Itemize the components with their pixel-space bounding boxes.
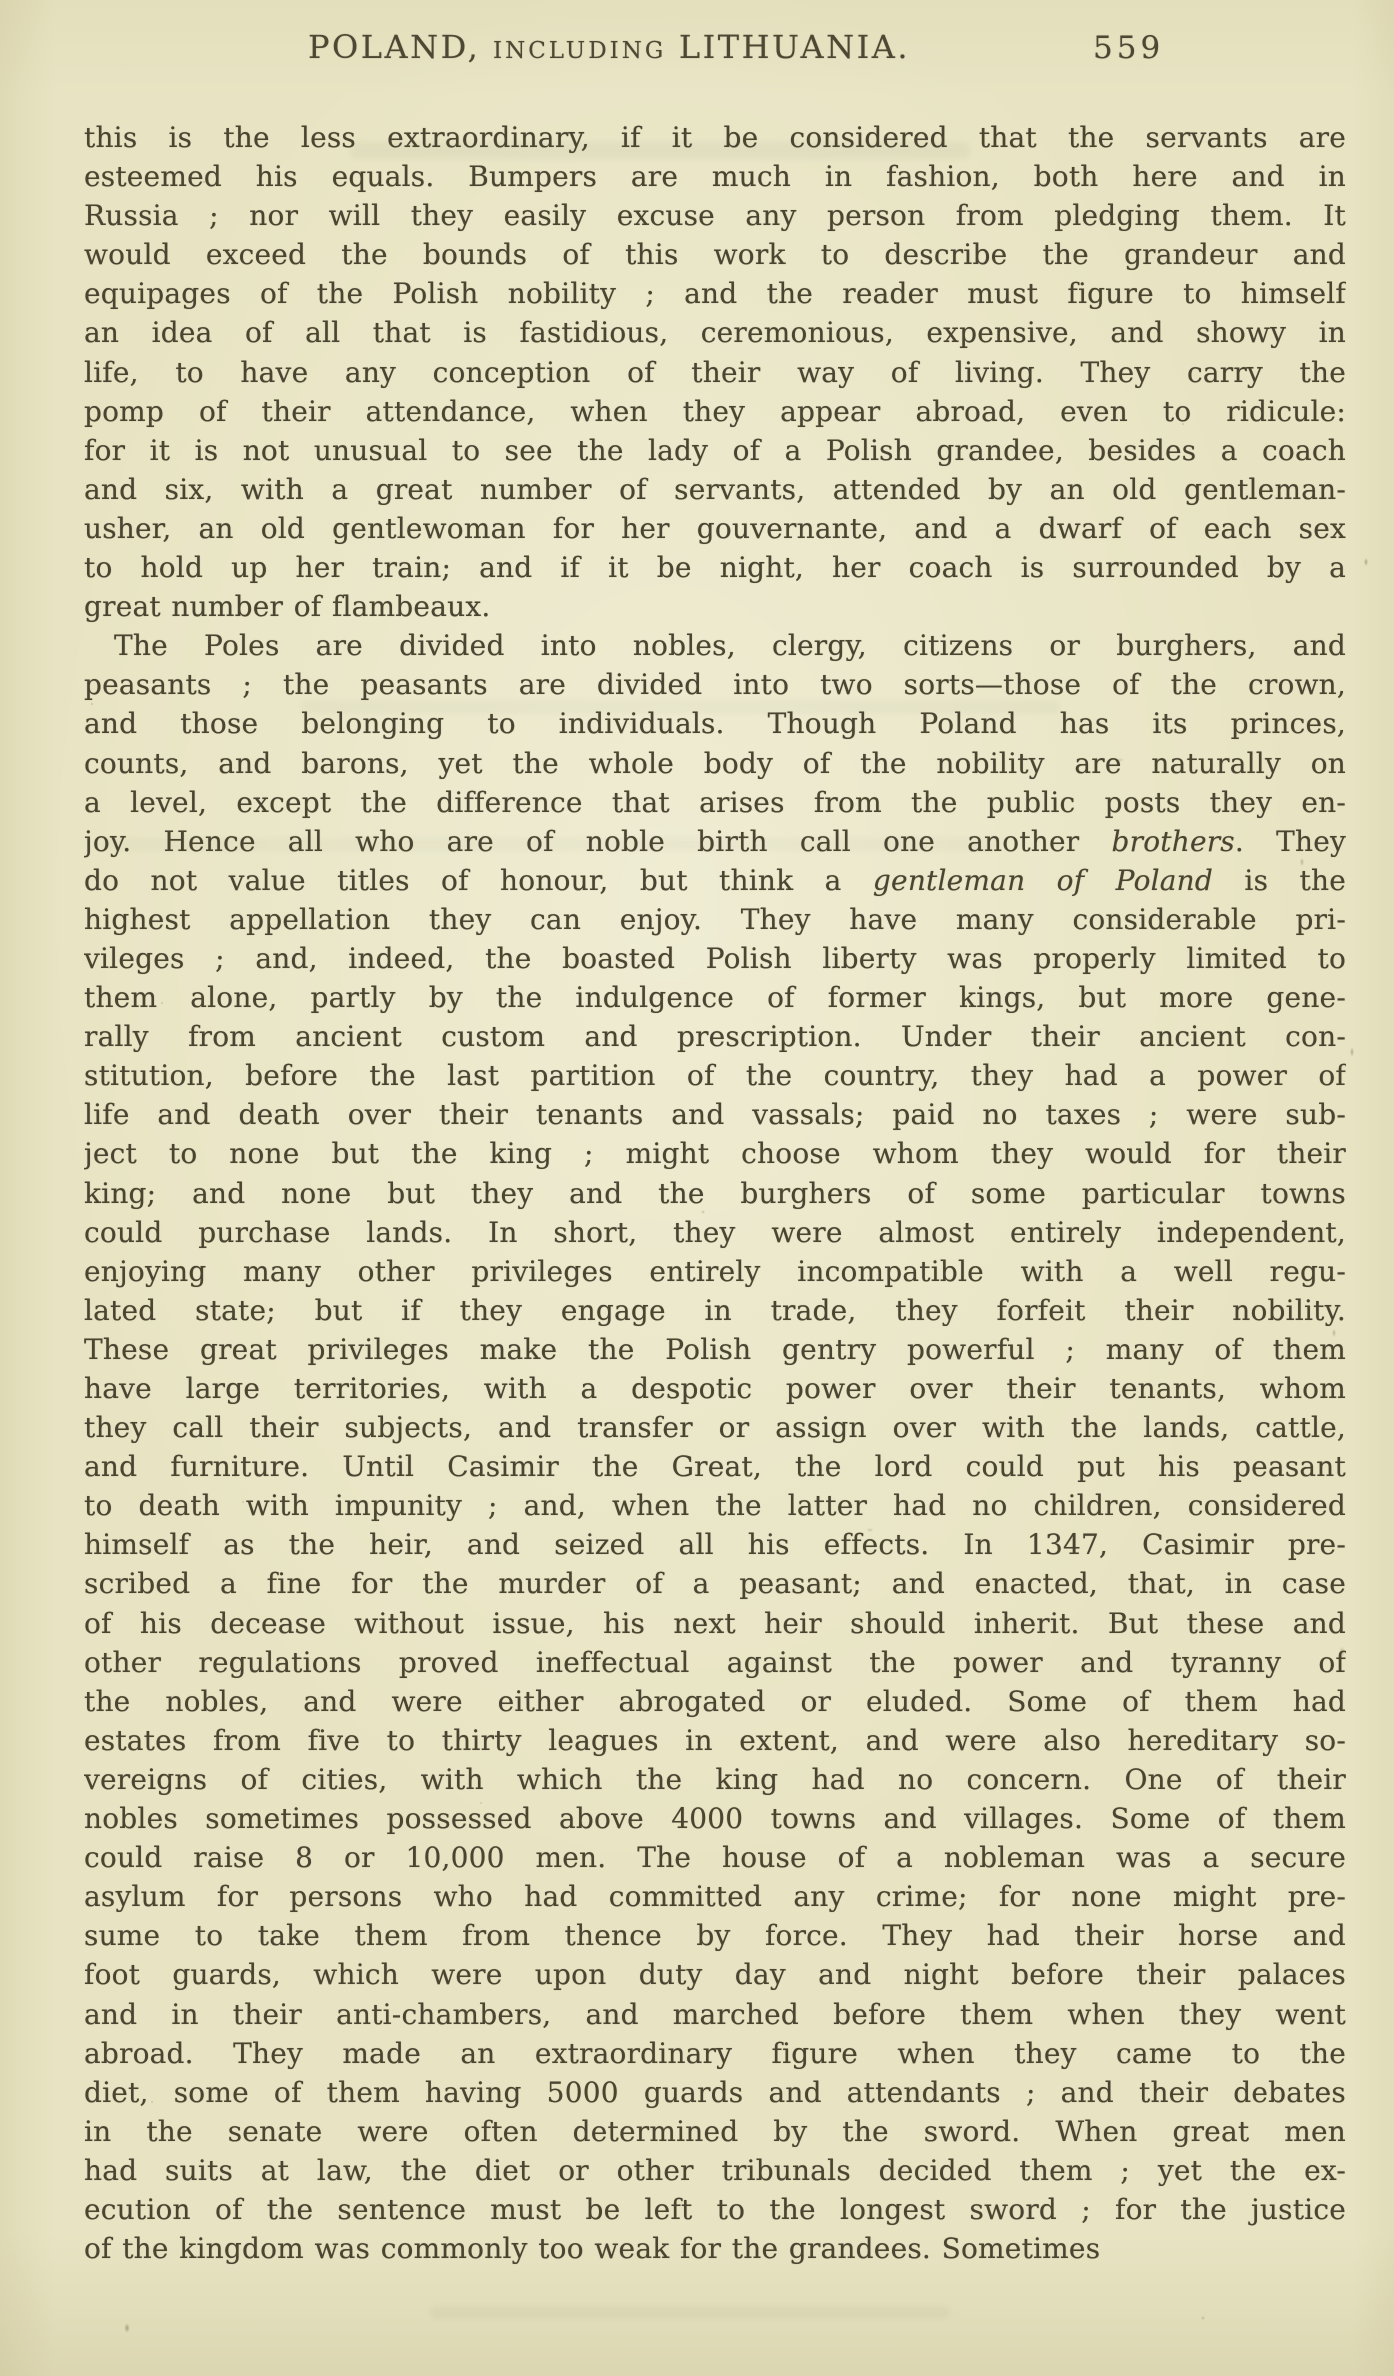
text-segment: to hold up her train; and if it be night… [84, 551, 1346, 584]
text-segment: rally from ancient custom and prescripti… [84, 1020, 1346, 1053]
text-line: counts, and barons, yet the whole body o… [84, 744, 1346, 783]
text-segment: they call their subjects, and transfer o… [84, 1411, 1346, 1444]
text-segment: other regulations proved ineffectual aga… [84, 1646, 1346, 1679]
text-segment: and six, with a great number of servants… [84, 473, 1346, 506]
text-segment: pomp of their attendance, when they appe… [84, 395, 1346, 428]
text-segment: abroad. They made an extraordinary figur… [84, 2037, 1346, 2070]
text-line: lated state; but if they engage in trade… [84, 1291, 1346, 1330]
text-line: in the senate were often determined by t… [84, 2112, 1346, 2151]
text-line: and six, with a great number of servants… [84, 470, 1346, 509]
text-segment: would exceed the bounds of this work to … [84, 238, 1346, 271]
text-segment: joy. Hence all who are of noble birth ca… [84, 825, 1112, 858]
text-segment: them alone, partly by the indulgence of … [84, 981, 1346, 1014]
text-line: to death with impunity ; and, when the l… [84, 1486, 1346, 1525]
text-line: highest appellation they can enjoy. They… [84, 900, 1346, 939]
show-through-smudge [430, 2306, 950, 2319]
text-segment: foot guards, which were upon duty day an… [84, 1958, 1346, 1991]
text-segment: and those belonging to individuals. Thou… [84, 707, 1346, 740]
text-segment: ecution of the sentence must be left to … [84, 2193, 1346, 2226]
text-line: These great privileges make the Polish g… [84, 1330, 1346, 1369]
text-segment: lated state; but if they engage in trade… [84, 1294, 1346, 1327]
text-line: this is the less extraordinary, if it be… [84, 118, 1346, 157]
header-title-part1: POLAND, [308, 28, 480, 66]
text-line: usher, an old gentlewoman for her gouver… [84, 509, 1346, 548]
italic-text-segment: gentleman of Poland [873, 864, 1213, 897]
text-line: great number of flambeaux. [84, 587, 1346, 626]
text-segment: of his decease without issue, his next h… [84, 1607, 1346, 1640]
text-segment: esteemed his equals. Bumpers are much in… [84, 160, 1346, 193]
text-line: of the kingdom was commonly too weak for… [84, 2229, 1346, 2268]
text-segment: could raise 8 or 10,000 men. The house o… [84, 1841, 1346, 1874]
text-line: equipages of the Polish nobility ; and t… [84, 274, 1346, 313]
text-segment: vileges ; and, indeed, the boasted Polis… [84, 942, 1346, 975]
text-segment: Russia ; nor will they easily excuse any… [84, 199, 1346, 232]
header-title-part2: INCLUDING [493, 38, 666, 64]
text-line: enjoying many other privileges entirely … [84, 1252, 1346, 1291]
text-segment: life, to have any conception of their wa… [84, 356, 1346, 389]
text-line: would exceed the bounds of this work to … [84, 235, 1346, 274]
text-line: stitution, before the last partition of … [84, 1056, 1346, 1095]
text-segment: of the kingdom was commonly too weak for… [84, 2232, 1100, 2265]
text-line: vileges ; and, indeed, the boasted Polis… [84, 939, 1346, 978]
text-line: and those belonging to individuals. Thou… [84, 704, 1346, 743]
text-segment: himself as the heir, and seized all his … [84, 1528, 1346, 1561]
text-segment: a level, except the difference that aris… [84, 786, 1346, 819]
text-line: nobles sometimes possessed above 4000 to… [84, 1799, 1346, 1838]
text-segment: estates from five to thirty leagues in e… [84, 1724, 1346, 1757]
text-segment: ject to none but the king ; might choose… [84, 1137, 1346, 1170]
text-segment: asylum for persons who had committed any… [84, 1880, 1346, 1913]
text-segment: is the [1213, 864, 1346, 897]
header-title-part3: LITHUANIA. [679, 28, 910, 66]
text-segment: for it is not unusual to see the lady of… [84, 434, 1346, 467]
text-line: the nobles, and were either abrogated or… [84, 1682, 1346, 1721]
text-segment: great number of flambeaux. [84, 590, 490, 623]
text-segment: The Poles are divided into nobles, clerg… [114, 629, 1346, 662]
text-segment: sume to take them from thence by force. … [84, 1919, 1346, 1952]
running-header: POLAND, INCLUDING LITHUANIA. 559 [0, 28, 1394, 78]
page-text: this is the less extraordinary, if it be… [84, 118, 1346, 2268]
text-segment: counts, and barons, yet the whole body o… [84, 747, 1346, 780]
text-line: life, to have any conception of their wa… [84, 353, 1346, 392]
text-line: they call their subjects, and transfer o… [84, 1408, 1346, 1447]
text-line: and furniture. Until Casimir the Great, … [84, 1447, 1346, 1486]
text-line: other regulations proved ineffectual aga… [84, 1643, 1346, 1682]
text-segment: king; and none but they and the burghers… [84, 1177, 1346, 1210]
text-segment: had suits at law, the diet or other trib… [84, 2154, 1346, 2187]
italic-text-segment: brothers [1112, 825, 1235, 858]
text-line: scribed a fine for the murder of a peasa… [84, 1564, 1346, 1603]
text-line: of his decease without issue, his next h… [84, 1604, 1346, 1643]
text-segment: enjoying many other privileges entirely … [84, 1255, 1346, 1288]
text-line: for it is not unusual to see the lady of… [84, 431, 1346, 470]
text-line: peasants ; the peasants are divided into… [84, 665, 1346, 704]
text-segment: an idea of all that is fastidious, cerem… [84, 316, 1346, 349]
text-line: king; and none but they and the burghers… [84, 1174, 1346, 1213]
text-line: ject to none but the king ; might choose… [84, 1134, 1346, 1173]
text-line: Russia ; nor will they easily excuse any… [84, 196, 1346, 235]
text-segment: have large territories, with a despotic … [84, 1372, 1346, 1405]
text-line: vereigns of cities, with which the king … [84, 1760, 1346, 1799]
text-line: abroad. They made an extraordinary figur… [84, 2034, 1346, 2073]
text-segment: the nobles, and were either abrogated or… [84, 1685, 1346, 1718]
text-segment: do not value titles of honour, but think… [84, 864, 873, 897]
text-line: joy. Hence all who are of noble birth ca… [84, 822, 1346, 861]
text-line: do not value titles of honour, but think… [84, 861, 1346, 900]
text-line: diet, some of them having 5000 guards an… [84, 2073, 1346, 2112]
text-segment: These great privileges make the Polish g… [84, 1333, 1346, 1366]
text-segment: . They [1235, 825, 1346, 858]
text-line: estates from five to thirty leagues in e… [84, 1721, 1346, 1760]
text-segment: this is the less extraordinary, if it be… [84, 121, 1346, 154]
text-segment: to death with impunity ; and, when the l… [84, 1489, 1346, 1522]
header-title: POLAND, INCLUDING LITHUANIA. [308, 28, 910, 66]
text-segment: and in their anti-chambers, and marched … [84, 1998, 1346, 2031]
text-segment: could purchase lands. In short, they wer… [84, 1216, 1346, 1249]
text-line: foot guards, which were upon duty day an… [84, 1955, 1346, 1994]
text-segment: highest appellation they can enjoy. They… [84, 903, 1346, 936]
text-line: asylum for persons who had committed any… [84, 1877, 1346, 1916]
text-line: esteemed his equals. Bumpers are much in… [84, 157, 1346, 196]
text-segment: scribed a fine for the murder of a peasa… [84, 1567, 1346, 1600]
text-line: could raise 8 or 10,000 men. The house o… [84, 1838, 1346, 1877]
text-segment: in the senate were often determined by t… [84, 2115, 1346, 2148]
text-segment: life and death over their tenants and va… [84, 1098, 1346, 1131]
text-line: ecution of the sentence must be left to … [84, 2190, 1346, 2229]
text-line: to hold up her train; and if it be night… [84, 548, 1346, 587]
text-segment: usher, an old gentlewoman for her gouver… [84, 512, 1346, 545]
text-line: and in their anti-chambers, and marched … [84, 1995, 1346, 2034]
text-line: himself as the heir, and seized all his … [84, 1525, 1346, 1564]
text-segment: and furniture. Until Casimir the Great, … [84, 1450, 1346, 1483]
text-line: life and death over their tenants and va… [84, 1095, 1346, 1134]
book-page: POLAND, INCLUDING LITHUANIA. 559 this is… [0, 0, 1394, 2376]
text-segment: peasants ; the peasants are divided into… [84, 668, 1346, 701]
text-line: them alone, partly by the indulgence of … [84, 978, 1346, 1017]
text-line: rally from ancient custom and prescripti… [84, 1017, 1346, 1056]
text-line: have large territories, with a despotic … [84, 1369, 1346, 1408]
text-segment: stitution, before the last partition of … [84, 1059, 1346, 1092]
text-segment: nobles sometimes possessed above 4000 to… [84, 1802, 1346, 1835]
text-line: an idea of all that is fastidious, cerem… [84, 313, 1346, 352]
text-line: The Poles are divided into nobles, clerg… [84, 626, 1346, 665]
text-line: could purchase lands. In short, they wer… [84, 1213, 1346, 1252]
text-line: pomp of their attendance, when they appe… [84, 392, 1346, 431]
text-segment: equipages of the Polish nobility ; and t… [84, 277, 1346, 310]
text-line: had suits at law, the diet or other trib… [84, 2151, 1346, 2190]
text-segment: diet, some of them having 5000 guards an… [84, 2076, 1346, 2109]
text-line: a level, except the difference that aris… [84, 783, 1346, 822]
text-segment: vereigns of cities, with which the king … [84, 1763, 1346, 1796]
page-number: 559 [1093, 30, 1164, 66]
text-line: sume to take them from thence by force. … [84, 1916, 1346, 1955]
